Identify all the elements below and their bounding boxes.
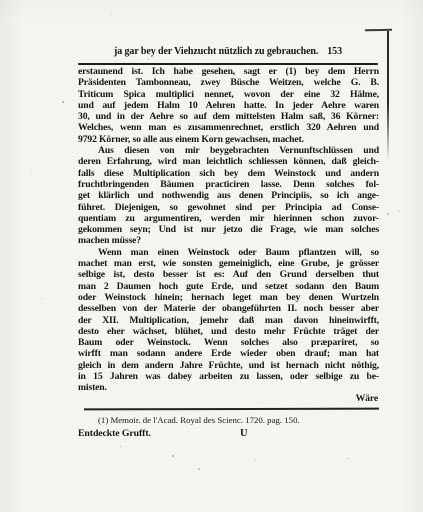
header-rule bbox=[78, 63, 378, 65]
text-line: der XII. Multiplication, jemehr daß man … bbox=[78, 315, 379, 326]
signature-mark: U bbox=[240, 428, 248, 439]
text-line: 30, und in der Aehre so auf dem mittelst… bbox=[78, 111, 379, 122]
text-line: deren Erfahrung, wird man leichtlich sch… bbox=[78, 156, 379, 167]
scan-speck bbox=[347, 458, 349, 459]
text-line: machen müsse? bbox=[78, 235, 379, 246]
text-line: Triticum Spica multiplici nennet, wovon … bbox=[78, 89, 379, 100]
running-header-title: ja gar bey der Viehzucht nützlich zu geb… bbox=[114, 46, 318, 57]
page-number: 153 bbox=[327, 46, 342, 57]
text-line: desto eher wächset, blühet, und desto me… bbox=[78, 326, 379, 337]
text-line: misten. bbox=[78, 382, 379, 393]
scan-speck bbox=[198, 468, 200, 470]
text-line: Wenn man einen Weinstock oder Baum pflan… bbox=[78, 247, 379, 258]
text-line: get klärlich und nothwendig aus denen Pr… bbox=[78, 190, 379, 201]
scan-speck bbox=[120, 446, 122, 447]
scan-page-edge-line bbox=[387, 31, 389, 161]
footnote: (1) Memoir. de l'Acad. Royal des Scienc.… bbox=[98, 415, 388, 425]
text-line: gleich in dem andern Jahre Früchte, und … bbox=[78, 360, 379, 371]
text-line: führet. Diejenigen, so gewohnet sind per… bbox=[78, 202, 379, 213]
scan-speck bbox=[30, 170, 31, 172]
scan-speck bbox=[398, 210, 400, 212]
text-line: man 2 Daumen hoch gute Erde, und setzet … bbox=[78, 281, 379, 292]
signature-title: Entdeckte Grufft. bbox=[78, 428, 151, 439]
text-line: desselben von der Materie der obangeführ… bbox=[78, 303, 379, 314]
catchword: Wäre bbox=[78, 393, 378, 404]
text-line: machet man erst, wie sonsten gemeiniglic… bbox=[78, 258, 379, 269]
text-line: Aus diesen von mir beygebrachten Vernunf… bbox=[78, 145, 379, 156]
scan-speck bbox=[148, 58, 149, 60]
body-text: erstaunend ist. Ich habe gesehen, sagt e… bbox=[78, 66, 379, 394]
text-line: Baum oder Weinstock. Wenn solches also p… bbox=[78, 337, 379, 348]
text-line: gekommen seyn; Und ist nur jetzo die Fra… bbox=[78, 224, 379, 235]
scan-speck bbox=[255, 460, 256, 461]
running-header: ja gar bey der Viehzucht nützlich zu geb… bbox=[78, 46, 378, 57]
footnote-rule bbox=[84, 408, 379, 410]
signature-row: Entdeckte Grufft. U bbox=[78, 428, 378, 441]
text-line: und auf jedem Halm 10 Aehren hatte. In j… bbox=[78, 100, 379, 111]
text-line: erstaunend ist. Ich habe gesehen, sagt e… bbox=[78, 66, 379, 77]
text-line: wirfft man sodann andere Erde wieder obe… bbox=[78, 348, 379, 359]
text-line: selbige ist, desto besser ist es: Auf de… bbox=[78, 269, 379, 280]
text-line: quentiam zu argumentiren, werden mir hie… bbox=[78, 213, 379, 224]
text-line: falls diese Multiplication sich bey dem … bbox=[78, 168, 379, 179]
text-line: in 15 Jahren was dabey arbeiten zu lasse… bbox=[78, 371, 379, 382]
scan-speck bbox=[41, 298, 43, 299]
text-line: Präsidenten Tambonneau, zwey Büsche Weit… bbox=[78, 77, 379, 88]
text-line: oder Weinstock hinein; hernach leget man… bbox=[78, 292, 379, 303]
scan-speck bbox=[387, 213, 389, 215]
text-line: Welches, wenn man es zusammenrechnet, er… bbox=[78, 122, 379, 133]
scan-speck bbox=[62, 101, 64, 103]
book-page-scan: ja gar bey der Viehzucht nützlich zu geb… bbox=[0, 0, 423, 512]
scan-speck bbox=[110, 14, 112, 15]
text-line: 9792 Körner, so alle aus einem Korn gewa… bbox=[78, 134, 379, 145]
scan-speck bbox=[172, 455, 174, 457]
text-line: fruchtbringenden Bäumen practiciren lass… bbox=[78, 179, 379, 190]
